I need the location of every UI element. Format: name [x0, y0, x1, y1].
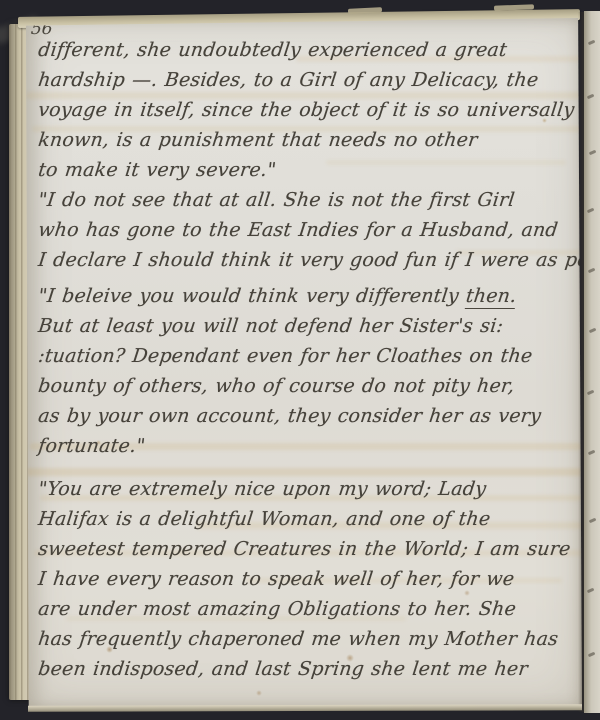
manuscript-line: known, is a punishment that needs no oth… [36, 129, 580, 159]
manuscript-line: hardship —. Besides, to a Girl of any De… [36, 69, 580, 99]
manuscript-line: I have every reason to speak well of her… [36, 568, 580, 598]
ink-mark [588, 652, 595, 657]
adjacent-page-edge [584, 11, 600, 713]
manuscript-line: different, she undoubtedly experienced a… [36, 39, 580, 69]
ink-mark [588, 268, 595, 273]
ink-mark [589, 518, 596, 523]
page-bottom-edge [28, 704, 582, 711]
manuscript-line: been indisposed, and last Spring she len… [36, 658, 580, 688]
ink-mark [589, 150, 596, 155]
manuscript-line: has frequently chaperoned me when my Mot… [36, 628, 580, 658]
manuscript-line: "I do not see that at all. She is not th… [36, 189, 580, 219]
ink-mark [588, 40, 595, 45]
manuscript-scan: 56 different, she undoubtedly experience… [0, 0, 600, 720]
text-block: different, she undoubtedly experienced a… [36, 39, 576, 688]
manuscript-line: fortunate." [36, 435, 580, 465]
paragraph-4: "You are extremely nice upon my word; La… [36, 478, 576, 688]
manuscript-line: are under most amazing Obligations to he… [36, 598, 580, 628]
paragraph-3: "I beleive you would think very differen… [36, 285, 576, 465]
manuscript-line: "I beleive you would think very differen… [36, 285, 580, 315]
manuscript-line: I declare I should think it very good fu… [36, 249, 580, 279]
ink-mark [588, 450, 595, 455]
foxing-spot [256, 690, 262, 696]
underlined-word: then. [464, 285, 517, 309]
manuscript-line: as by your own account, they consider he… [36, 405, 580, 435]
manuscript-line: bounty of others, who of course do not p… [36, 375, 580, 405]
paragraph-1: different, she undoubtedly experienced a… [36, 39, 576, 189]
ink-mark [587, 390, 594, 395]
paragraph-2: "I do not see that at all. She is not th… [36, 189, 576, 279]
manuscript-line: "You are extremely nice upon my word; La… [36, 478, 580, 508]
manuscript-line: to make it very severe." [36, 159, 580, 189]
ink-mark [587, 94, 594, 99]
ink-mark [587, 208, 594, 213]
manuscript-line: But at least you will not defend her Sis… [36, 315, 580, 345]
manuscript-line: voyage in itself, since the object of it… [36, 99, 580, 129]
manuscript-page: 56 different, she undoubtedly experience… [26, 18, 582, 709]
ink-mark [587, 588, 594, 593]
manuscript-line: sweetest tempered Creatures in the World… [36, 538, 580, 568]
manuscript-line: who has gone to the East Indies for a Hu… [36, 219, 580, 249]
ink-mark [589, 328, 596, 333]
manuscript-line: :tuation? Dependant even for her Cloathe… [36, 345, 580, 375]
line-text: "I beleive you would think very differen… [37, 285, 467, 307]
manuscript-line: Halifax is a delightful Woman, and one o… [36, 508, 580, 538]
